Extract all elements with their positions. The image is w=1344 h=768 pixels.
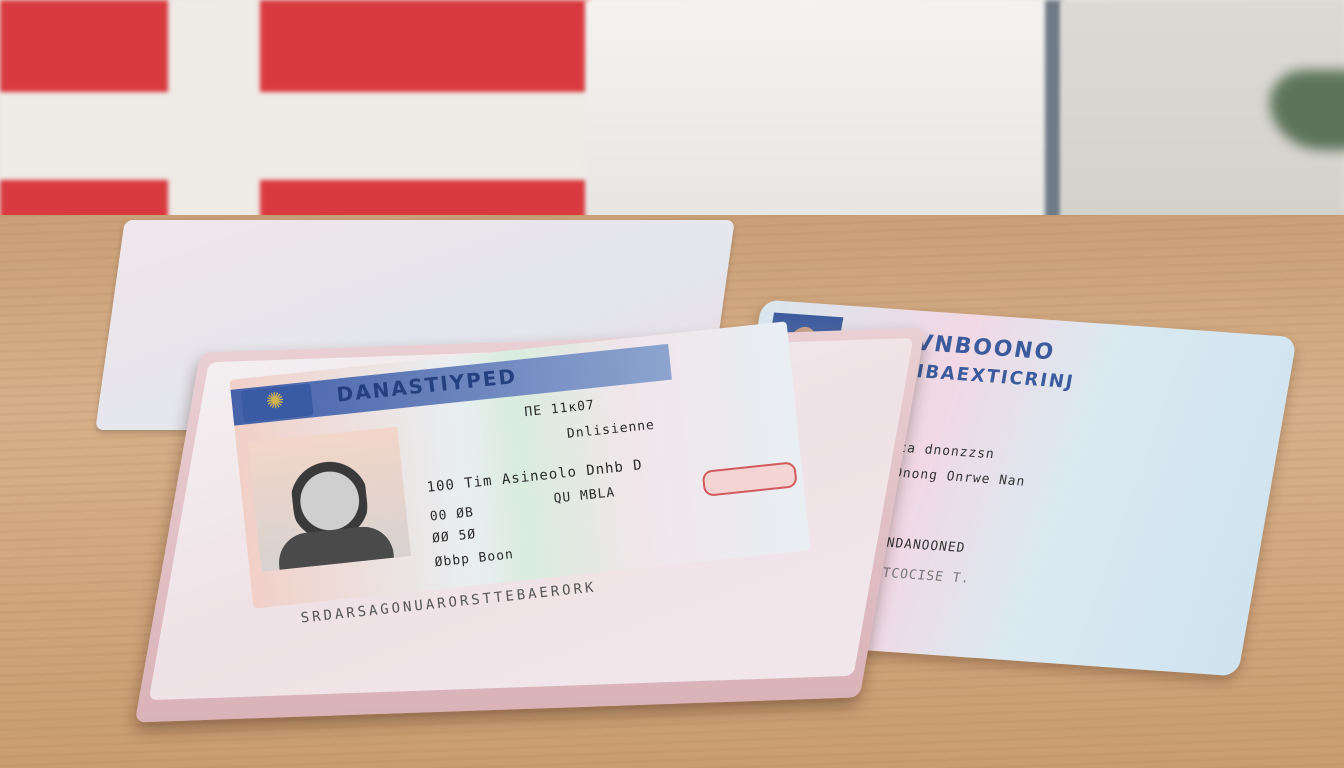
visa-field: QU MBLA bbox=[553, 485, 616, 506]
visa-field: ØØ 5Ø bbox=[431, 527, 476, 547]
visa-field: Øbbp Boon bbox=[434, 547, 515, 570]
window bbox=[585, 0, 1063, 234]
visa-field: 00 ØB bbox=[429, 505, 474, 525]
holder-photo bbox=[248, 427, 411, 572]
passport: DANASTIYPED ПЕ 11ĸ07 Dnlisienne 100 Tim … bbox=[110, 220, 900, 720]
photo-scene: UNIVNBOONO LAJEEIBAEXTICRINJ Dendacrca d… bbox=[0, 0, 1344, 768]
visa-field: ПЕ 11ĸ07 bbox=[524, 398, 596, 420]
red-stamp bbox=[702, 461, 798, 497]
visa-field: Dnlisienne bbox=[566, 418, 655, 442]
